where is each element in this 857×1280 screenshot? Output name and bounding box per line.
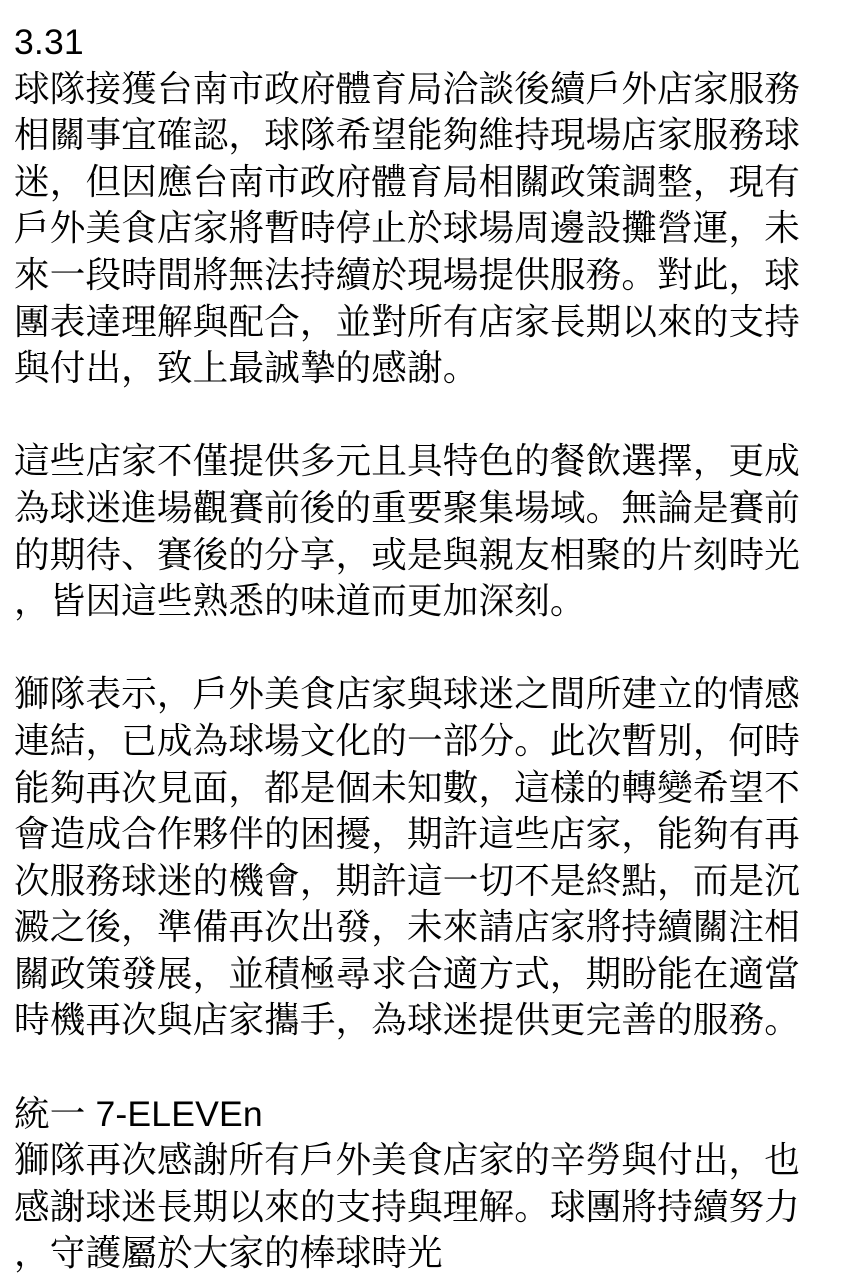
date-label: 3.31 xyxy=(14,19,807,66)
text-line: 會造成合作夥伴的困擾，期許這些店家，能夠有再 xyxy=(14,811,807,858)
text-line: 時機再次與店家攜手，為球迷提供更完善的服務。 xyxy=(14,997,807,1044)
brand-line: 統一 7-ELEVEn xyxy=(14,1091,807,1138)
text-line: 獅隊表示，戶外美食店家與球迷之間所建立的情感 xyxy=(14,671,807,718)
text-line: 感謝球迷長期以來的支持與理解。球團將持續努力 xyxy=(14,1184,807,1231)
text-line: 戶外美食店家將暫時停止於球場周邊設攤營運，未 xyxy=(14,205,807,252)
blank-line xyxy=(14,1044,807,1091)
text-line: 的期待、賽後的分享，或是與親友相聚的片刻時光 xyxy=(14,532,807,579)
text-line: 團表達理解與配合，並對所有店家長期以來的支持 xyxy=(14,299,807,346)
text-line: ，皆因這些熟悉的味道而更加深刻。 xyxy=(14,578,807,625)
blank-line xyxy=(14,625,807,672)
text-line: 能夠再次見面，都是個未知數，這樣的轉變希望不 xyxy=(14,765,807,812)
text-line: 為球迷進場觀賽前後的重要聚集場域。無論是賽前 xyxy=(14,485,807,532)
text-line: 澱之後，準備再次出發，未來請店家將持續關注相 xyxy=(14,904,807,951)
text-line: 球隊接獲台南市政府體育局洽談後續戶外店家服務 xyxy=(14,66,807,113)
text-line: 與付出，致上最誠摯的感謝。 xyxy=(14,345,807,392)
text-line: 來一段時間將無法持續於現場提供服務。對此，球 xyxy=(14,252,807,299)
text-line: 這些店家不僅提供多元且具特色的餐飲選擇，更成 xyxy=(14,438,807,485)
text-line: 次服務球迷的機會，期許這一切不是終點，而是沉 xyxy=(14,858,807,905)
text-line: 連結，已成為球場文化的一部分。此次暫別，何時 xyxy=(14,718,807,765)
text-line: 相關事宜確認，球隊希望能夠維持現場店家服務球 xyxy=(14,112,807,159)
text-line: ，守護屬於大家的棒球時光 xyxy=(14,1230,807,1277)
text-line: 關政策發展，並積極尋求合適方式，期盼能在適當 xyxy=(14,951,807,998)
article-text: 3.31球隊接獲台南市政府體育局洽談後續戶外店家服務相關事宜確認，球隊希望能夠維… xyxy=(0,0,857,1280)
text-line: 獅隊再次感謝所有戶外美食店家的辛勞與付出，也 xyxy=(14,1137,807,1184)
blank-line xyxy=(14,392,807,439)
text-line: 迷，但因應台南市政府體育局相關政策調整，現有 xyxy=(14,159,807,206)
